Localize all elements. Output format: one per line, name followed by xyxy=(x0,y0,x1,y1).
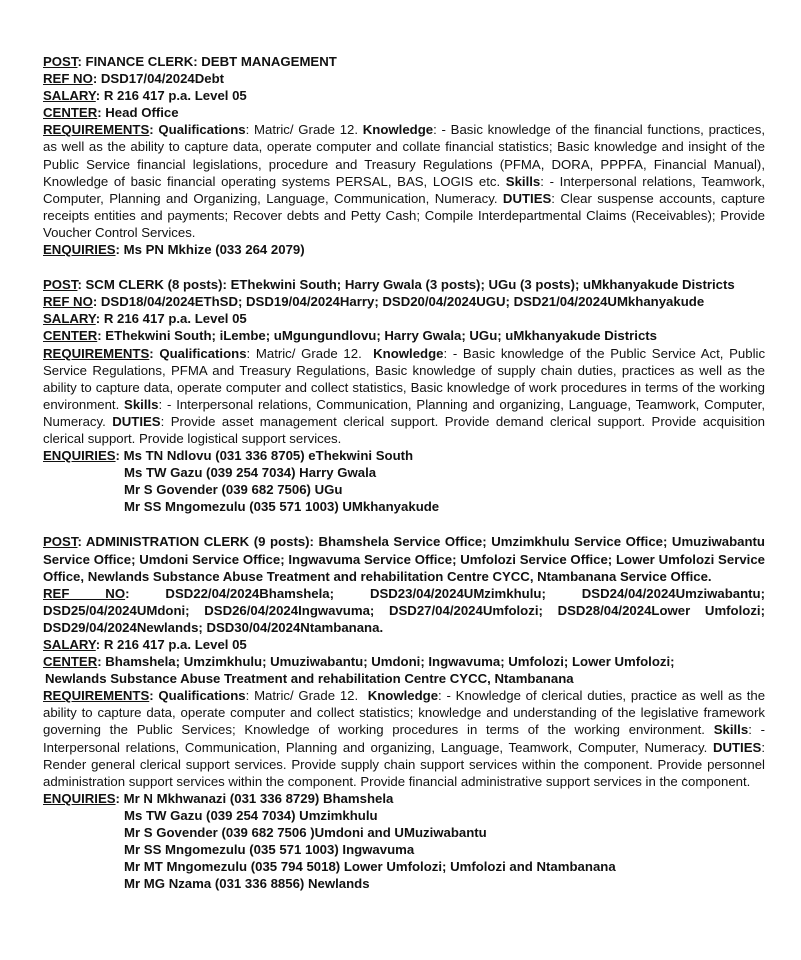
salary-line: SALARY: R 216 417 p.a. Level 05 xyxy=(43,310,765,327)
center-value-continued: Newlands Substance Abuse Treatment and r… xyxy=(43,670,765,687)
skills-label: Skills xyxy=(124,397,158,412)
center-label: CENTER xyxy=(43,328,97,343)
enquiries-label: ENQUIRIES xyxy=(43,448,116,463)
post-title-line: POST: SCM CLERK (8 posts): EThekwini Sou… xyxy=(43,276,765,293)
qualifications-text: Matric/ Grade 12. xyxy=(254,688,358,703)
salary-value: R 216 417 p.a. Level 05 xyxy=(104,88,247,103)
salary-label: SALARY xyxy=(43,311,96,326)
salary-label: SALARY xyxy=(43,88,96,103)
center-value: Bhamshela; Umzimkhulu; Umuziwabantu; Umd… xyxy=(105,654,674,669)
requirements-paragraph: REQUIREMENTS: Qualifications: Matric/ Gr… xyxy=(43,687,765,790)
ref-no-label: REF NO xyxy=(43,586,125,601)
enquiry-contact: Mr MT Mngomezulu (035 794 5018) Lower Um… xyxy=(43,858,765,875)
requirements-paragraph: REQUIREMENTS: Qualifications: Matric/ Gr… xyxy=(43,121,765,241)
salary-line: SALARY: R 216 417 p.a. Level 05 xyxy=(43,87,765,104)
enquiries-block: ENQUIRIES: Ms PN Mkhize (033 264 2079) xyxy=(43,241,765,258)
duties-label: DUTIES xyxy=(503,191,551,206)
requirements-label: REQUIREMENTS xyxy=(43,346,149,361)
skills-label: Skills xyxy=(506,174,540,189)
skills-label: Skills xyxy=(714,722,748,737)
center-label: CENTER xyxy=(43,105,97,120)
center-value: Head Office xyxy=(105,105,178,120)
enquiry-contact: Mr S Govender (039 682 7506) UGu xyxy=(43,481,765,498)
center-label: CENTER xyxy=(43,654,97,669)
knowledge-label: Knowledge xyxy=(363,122,433,137)
salary-value: R 216 417 p.a. Level 05 xyxy=(104,311,247,326)
enquiries-label: ENQUIRIES xyxy=(43,791,116,806)
duties-label: DUTIES xyxy=(112,414,160,429)
center-line: CENTER: EThekwini South; iLembe; uMgungu… xyxy=(43,327,765,344)
requirements-label: REQUIREMENTS xyxy=(43,122,149,137)
duties-text: Render general clerical support services… xyxy=(43,757,765,789)
duties-label: DUTIES xyxy=(713,740,761,755)
knowledge-label: Knowledge xyxy=(368,688,438,703)
ref-no-line: REF NO: DSD22/04/2024Bhamshela; DSD23/04… xyxy=(43,585,765,636)
enquiries-block: ENQUIRIES: Ms TN Ndlovu (031 336 8705) e… xyxy=(43,447,765,515)
post-administration-clerk: POST: ADMINISTRATION CLERK (9 posts): Bh… xyxy=(43,533,765,892)
enquiry-contact: Ms TN Ndlovu (031 336 8705) eThekwini So… xyxy=(124,448,413,463)
qualifications-text: Matric/ Grade 12. xyxy=(254,122,358,137)
post-title: SCM CLERK (8 posts): EThekwini South; Ha… xyxy=(86,277,735,292)
requirements-paragraph: REQUIREMENTS: Qualifications: Matric/ Gr… xyxy=(43,345,765,448)
post-finance-clerk: POST: FINANCE CLERK: DEBT MANAGEMENT REF… xyxy=(43,53,765,258)
enquiry-contact: Mr SS Mngomezulu (035 571 1003) UMkhanya… xyxy=(43,498,765,515)
qualifications-label: Qualifications xyxy=(158,122,245,137)
enquiry-contact: Ms TW Gazu (039 254 7034) Umzimkhulu xyxy=(43,807,765,824)
ref-no-label: REF NO xyxy=(43,71,93,86)
salary-value: R 216 417 p.a. Level 05 xyxy=(104,637,247,652)
ref-no-label: REF NO xyxy=(43,294,93,309)
enquiry-contact: Mr MG Nzama (031 336 8856) Newlands xyxy=(43,875,765,892)
knowledge-label: Knowledge xyxy=(373,346,443,361)
center-line: CENTER: Bhamshela; Umzimkhulu; Umuziwaba… xyxy=(43,653,765,670)
enquiries-label: ENQUIRIES xyxy=(43,242,116,257)
center-line: CENTER: Head Office xyxy=(43,104,765,121)
post-title-line: POST: FINANCE CLERK: DEBT MANAGEMENT xyxy=(43,53,765,70)
ref-no-line: REF NO: DSD17/04/2024Debt xyxy=(43,70,765,87)
post-label: POST xyxy=(43,54,77,69)
requirements-label: REQUIREMENTS xyxy=(43,688,149,703)
ref-no-value: DSD17/04/2024Debt xyxy=(101,71,224,86)
qualifications-text: Matric/ Grade 12. xyxy=(256,346,362,361)
enquiries-block: ENQUIRIES: Mr N Mkhwanazi (031 336 8729)… xyxy=(43,790,765,893)
post-title: ADMINISTRATION CLERK (9 posts): Bhamshel… xyxy=(43,534,765,583)
enquiry-contact: Mr SS Mngomezulu (035 571 1003) Ingwavum… xyxy=(43,841,765,858)
qualifications-label: Qualifications xyxy=(158,688,245,703)
enquiry-contact: Ms PN Mkhize (033 264 2079) xyxy=(124,242,305,257)
salary-label: SALARY xyxy=(43,637,96,652)
salary-line: SALARY: R 216 417 p.a. Level 05 xyxy=(43,636,765,653)
job-advert-document: POST: FINANCE CLERK: DEBT MANAGEMENT REF… xyxy=(43,53,765,910)
ref-no-line: REF NO: DSD18/04/2024EThSD; DSD19/04/202… xyxy=(43,293,765,310)
post-title: FINANCE CLERK: DEBT MANAGEMENT xyxy=(86,54,337,69)
enquiry-contact: Mr S Govender (039 682 7506 )Umdoni and … xyxy=(43,824,765,841)
enquiry-contact: Ms TW Gazu (039 254 7034) Harry Gwala xyxy=(43,464,765,481)
enquiry-contact: Mr N Mkhwanazi (031 336 8729) Bhamshela xyxy=(124,791,394,806)
ref-no-value: DSD18/04/2024EThSD; DSD19/04/2024Harry; … xyxy=(101,294,704,309)
post-label: POST xyxy=(43,277,77,292)
center-value: EThekwini South; iLembe; uMgungundlovu; … xyxy=(105,328,657,343)
post-title-line: POST: ADMINISTRATION CLERK (9 posts): Bh… xyxy=(43,533,765,584)
post-scm-clerk: POST: SCM CLERK (8 posts): EThekwini Sou… xyxy=(43,276,765,515)
post-label: POST xyxy=(43,534,77,549)
qualifications-label: Qualifications xyxy=(159,346,246,361)
